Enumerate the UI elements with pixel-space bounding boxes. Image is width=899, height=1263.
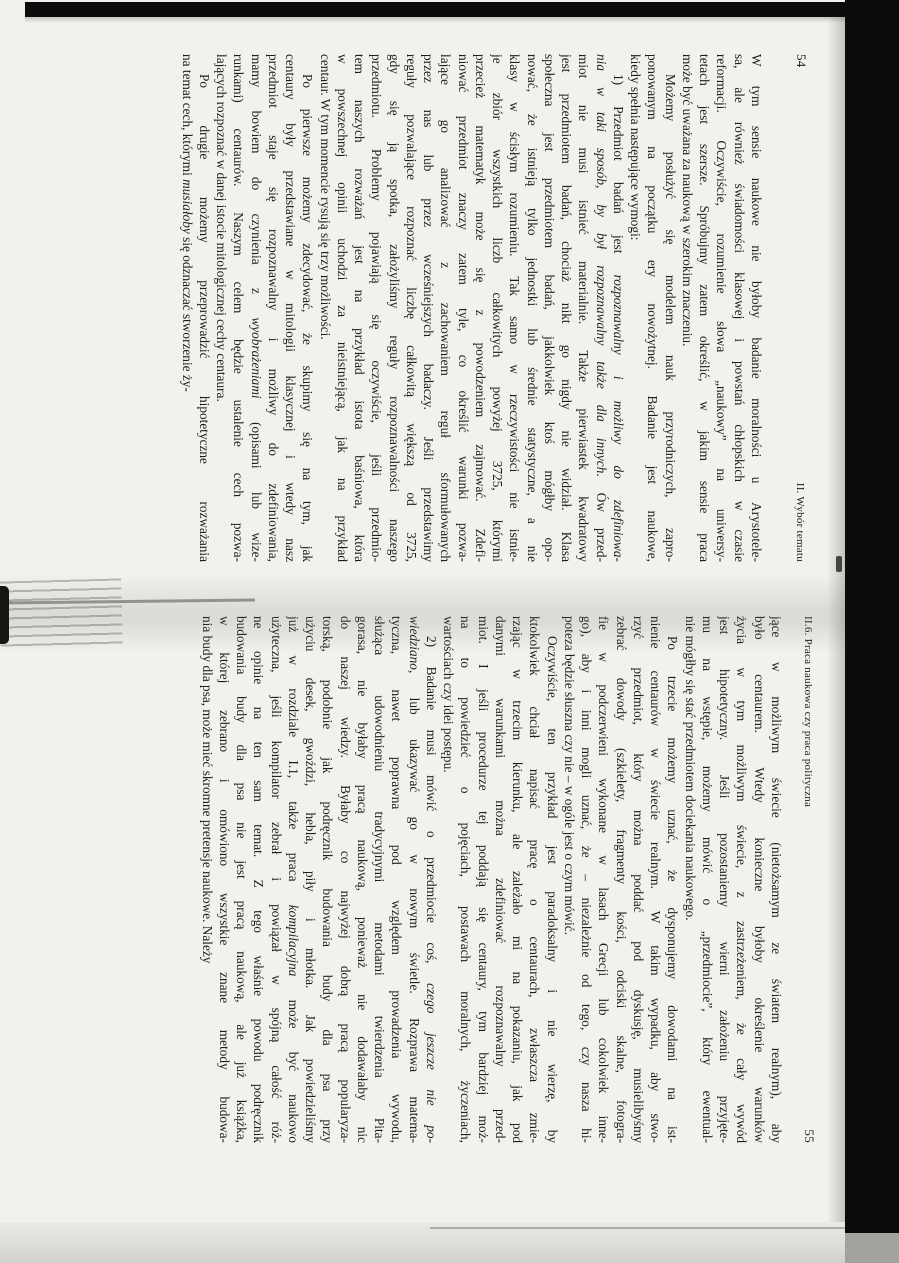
text-line: budowania budy dla psa nie jest pracą na…: [233, 616, 250, 1143]
text-line: na to powiedzieć o pojęciach, postawach …: [457, 616, 474, 1143]
text-line: w której zebrano i omówiono wszystkie zn…: [216, 616, 233, 1143]
text-line: klasy w ścisłym rozumieniu. Tak samo w r…: [506, 54, 523, 562]
text-line: Możemy posłużyć się modelem nauk przyrod…: [662, 54, 679, 562]
text-line: do naszej wiedzy. Byłaby co najwyżej dob…: [337, 616, 354, 1143]
text-line: nienie centaurów w świecie realnym. W ta…: [647, 616, 664, 1143]
text-line: lających rozpoznać w danej istocie mitol…: [213, 54, 230, 562]
text-line: życia w tym możliwym świecie, z zastrzeż…: [733, 616, 750, 1143]
text-line: gdy się ją spotka, założyliśmy reguły ro…: [386, 54, 403, 562]
text-line: jące w możliwym świecie (nietożsamym ze …: [768, 616, 785, 1143]
scan-edge-right-shadow: [827, 14, 845, 1224]
text-line: przez nas lub przez wcześniejszych badac…: [420, 54, 437, 562]
spine-fold-shadow: [0, 574, 845, 654]
scan-edge-right: [845, 0, 899, 1233]
page-54-text: W tym sensie naukowe nie byłoby badanie …: [179, 54, 766, 562]
page-55-header: II.6. Praca naukowa czy praca polityczna…: [801, 616, 817, 1143]
text-line: Oczywiście, ten przykład jest paradoksal…: [544, 616, 561, 1143]
text-line: danymi warunkami można zdefiniować rozpo…: [492, 616, 509, 1143]
text-line: miot. I jeśli procedurze tej poddają się…: [475, 616, 492, 1143]
text-line: nia w taki sposób, by był rozpoznawalny …: [593, 54, 610, 562]
text-line: centaury były przedstawiane w mitologii …: [282, 54, 299, 562]
text-line: gorasa, nie byłaby pracą naukową, poniew…: [354, 616, 371, 1143]
scanned-book-spread: 54 II. Wybór tematu W tym sensie naukowe…: [0, 0, 899, 1263]
text-line: nować, że istnieją tylko jednostki lub ś…: [524, 54, 541, 562]
text-line: było centaurem. Wtedy konieczne byłoby o…: [751, 616, 768, 1143]
text-line: poteza będzie słuszna czy nie – w ogóle …: [561, 616, 578, 1143]
text-line: kiedy spełnia następujące wymogi:: [627, 54, 644, 562]
spine-fold-mark: [0, 586, 9, 644]
text-line: użyciu desek, gwoździ, hebla, piły i mło…: [302, 616, 319, 1143]
text-line: miot nie musi istnieć materialnie. Także…: [575, 54, 592, 562]
text-line: przedmiot staje się rozpoznawalny i możl…: [265, 54, 282, 562]
text-line: tem naszych rozważań jest na przykład is…: [351, 54, 368, 562]
text-line: Po drugie możemy przeprowadzić hipotetyc…: [196, 54, 213, 562]
text-line: ktokolwiek chciał napisać pracę o centau…: [526, 616, 543, 1143]
running-head-left: II. Wybór tematu: [794, 483, 806, 562]
text-line: lające go analizować z zachowaniem reguł…: [437, 54, 454, 562]
text-line: jest przedmiotem badań, chociaż nikt go …: [558, 54, 575, 562]
text-line: je zbiór wszystkich liczb całkowitych po…: [489, 54, 506, 562]
text-line: wartościach czy idei postępu.: [440, 616, 457, 1143]
text-line: reformacji. Oczywiście, rozumienie słowa…: [713, 54, 730, 562]
text-line: rzyć przedmiot, który można poddać pod d…: [630, 616, 647, 1143]
spine-fold-streaks: [0, 578, 123, 651]
page-54: 54 II. Wybór tematu W tym sensie naukowe…: [33, 22, 845, 590]
text-line: 1) Przedmiot badań jest rozpoznawalny i …: [610, 54, 627, 562]
text-line: jest hipotetyczny. Jeśli pozostaniemy wi…: [716, 616, 733, 1143]
text-line: Po trzecie możemy uznać, że dysponujemy …: [664, 616, 681, 1143]
text-line: ponowanym na początku ery nowożytnej. Ba…: [644, 54, 661, 562]
page-55-text: jące w możliwym świecie (nietożsamym ze …: [199, 616, 786, 1143]
scan-edge-bottom-line: [430, 1227, 845, 1229]
text-line: rzając w trzecim kierunku, ale zależało …: [509, 616, 526, 1143]
text-line: mamy bowiem do czynienia z wyobrażeniami…: [248, 54, 265, 562]
text-line: sa, ale również świadomości klasowej i p…: [731, 54, 748, 562]
text-line: w powszechnej opinii uchodzi za nieistni…: [334, 54, 351, 562]
text-line: fie w podczerwieni wykonane w lasach Gre…: [595, 616, 612, 1143]
page-number-right: 55: [801, 1129, 817, 1143]
text-line: 2) Badanie musi mówić o przedmiocie coś,…: [423, 616, 440, 1143]
scan-edge-top-shadow: [25, 17, 845, 23]
page-55: II.6. Praca naukowa czy praca polityczna…: [33, 596, 845, 1223]
text-line: centaur. W tym momencie rysują się trzy …: [317, 54, 334, 562]
text-line: społeczna jest przedmiotem badań, jakkol…: [541, 54, 558, 562]
text-line: zebrać dowody (szkielety, fragmenty kośc…: [613, 616, 630, 1143]
text-line: tetach jest szersze. Spróbujmy zatem okr…: [696, 54, 713, 562]
text-line: Po pierwsze możemy zdecydować, że skupim…: [299, 54, 316, 562]
text-line: nie mógłby się stać przedmiotem dociekan…: [682, 616, 699, 1143]
scan-edge-top: [25, 2, 847, 17]
text-line: może być uważana za naukową w szerokim z…: [679, 54, 696, 562]
scan-edge-corner: [845, 1233, 899, 1263]
text-line: wiedziano, lub ukazywać go w nowym świet…: [406, 616, 423, 1143]
text-line: torską, podobnie jak podręcznik budowani…: [319, 616, 336, 1143]
text-line: ne opinie na ten sam temat. Z tego właśn…: [250, 616, 267, 1143]
page-54-header: 54 II. Wybór tematu: [793, 54, 809, 562]
text-line: tyczna, nawet poprawna pod względem prow…: [388, 616, 405, 1143]
text-line: go), aby i inni mogli uznać, że – niezal…: [578, 616, 595, 1143]
text-line: przedmiotu. Problemy pojawiają się oczyw…: [368, 54, 385, 562]
text-line: niować przedmiot znaczy zatem tyle, co o…: [455, 54, 472, 562]
text-line: mu na wstępie, możemy mówić o „przedmioc…: [699, 616, 716, 1143]
text-line: nia budy dla psa, może mieć skromne pret…: [199, 616, 216, 1143]
text-line: na temat cech, którymi musiałoby się odz…: [179, 54, 196, 562]
text-line: przecież matematyk może się z powodzenie…: [472, 54, 489, 562]
text-line: służąca udowodnieniu tradycyjnymi metoda…: [371, 616, 388, 1143]
text-line: użyteczna, jeśli kompilator zebrał i pow…: [268, 616, 285, 1143]
text-line: już w rozdziale I.1, także praca kompila…: [285, 616, 302, 1143]
text-line: reguły pozwalające rozpoznać liczbę całk…: [403, 54, 420, 562]
text-line: runkami) centaurów. Naszym celem będzie …: [230, 54, 247, 562]
text-line: W tym sensie naukowe nie byłoby badanie …: [748, 54, 765, 562]
page-number-left: 54: [793, 54, 809, 68]
